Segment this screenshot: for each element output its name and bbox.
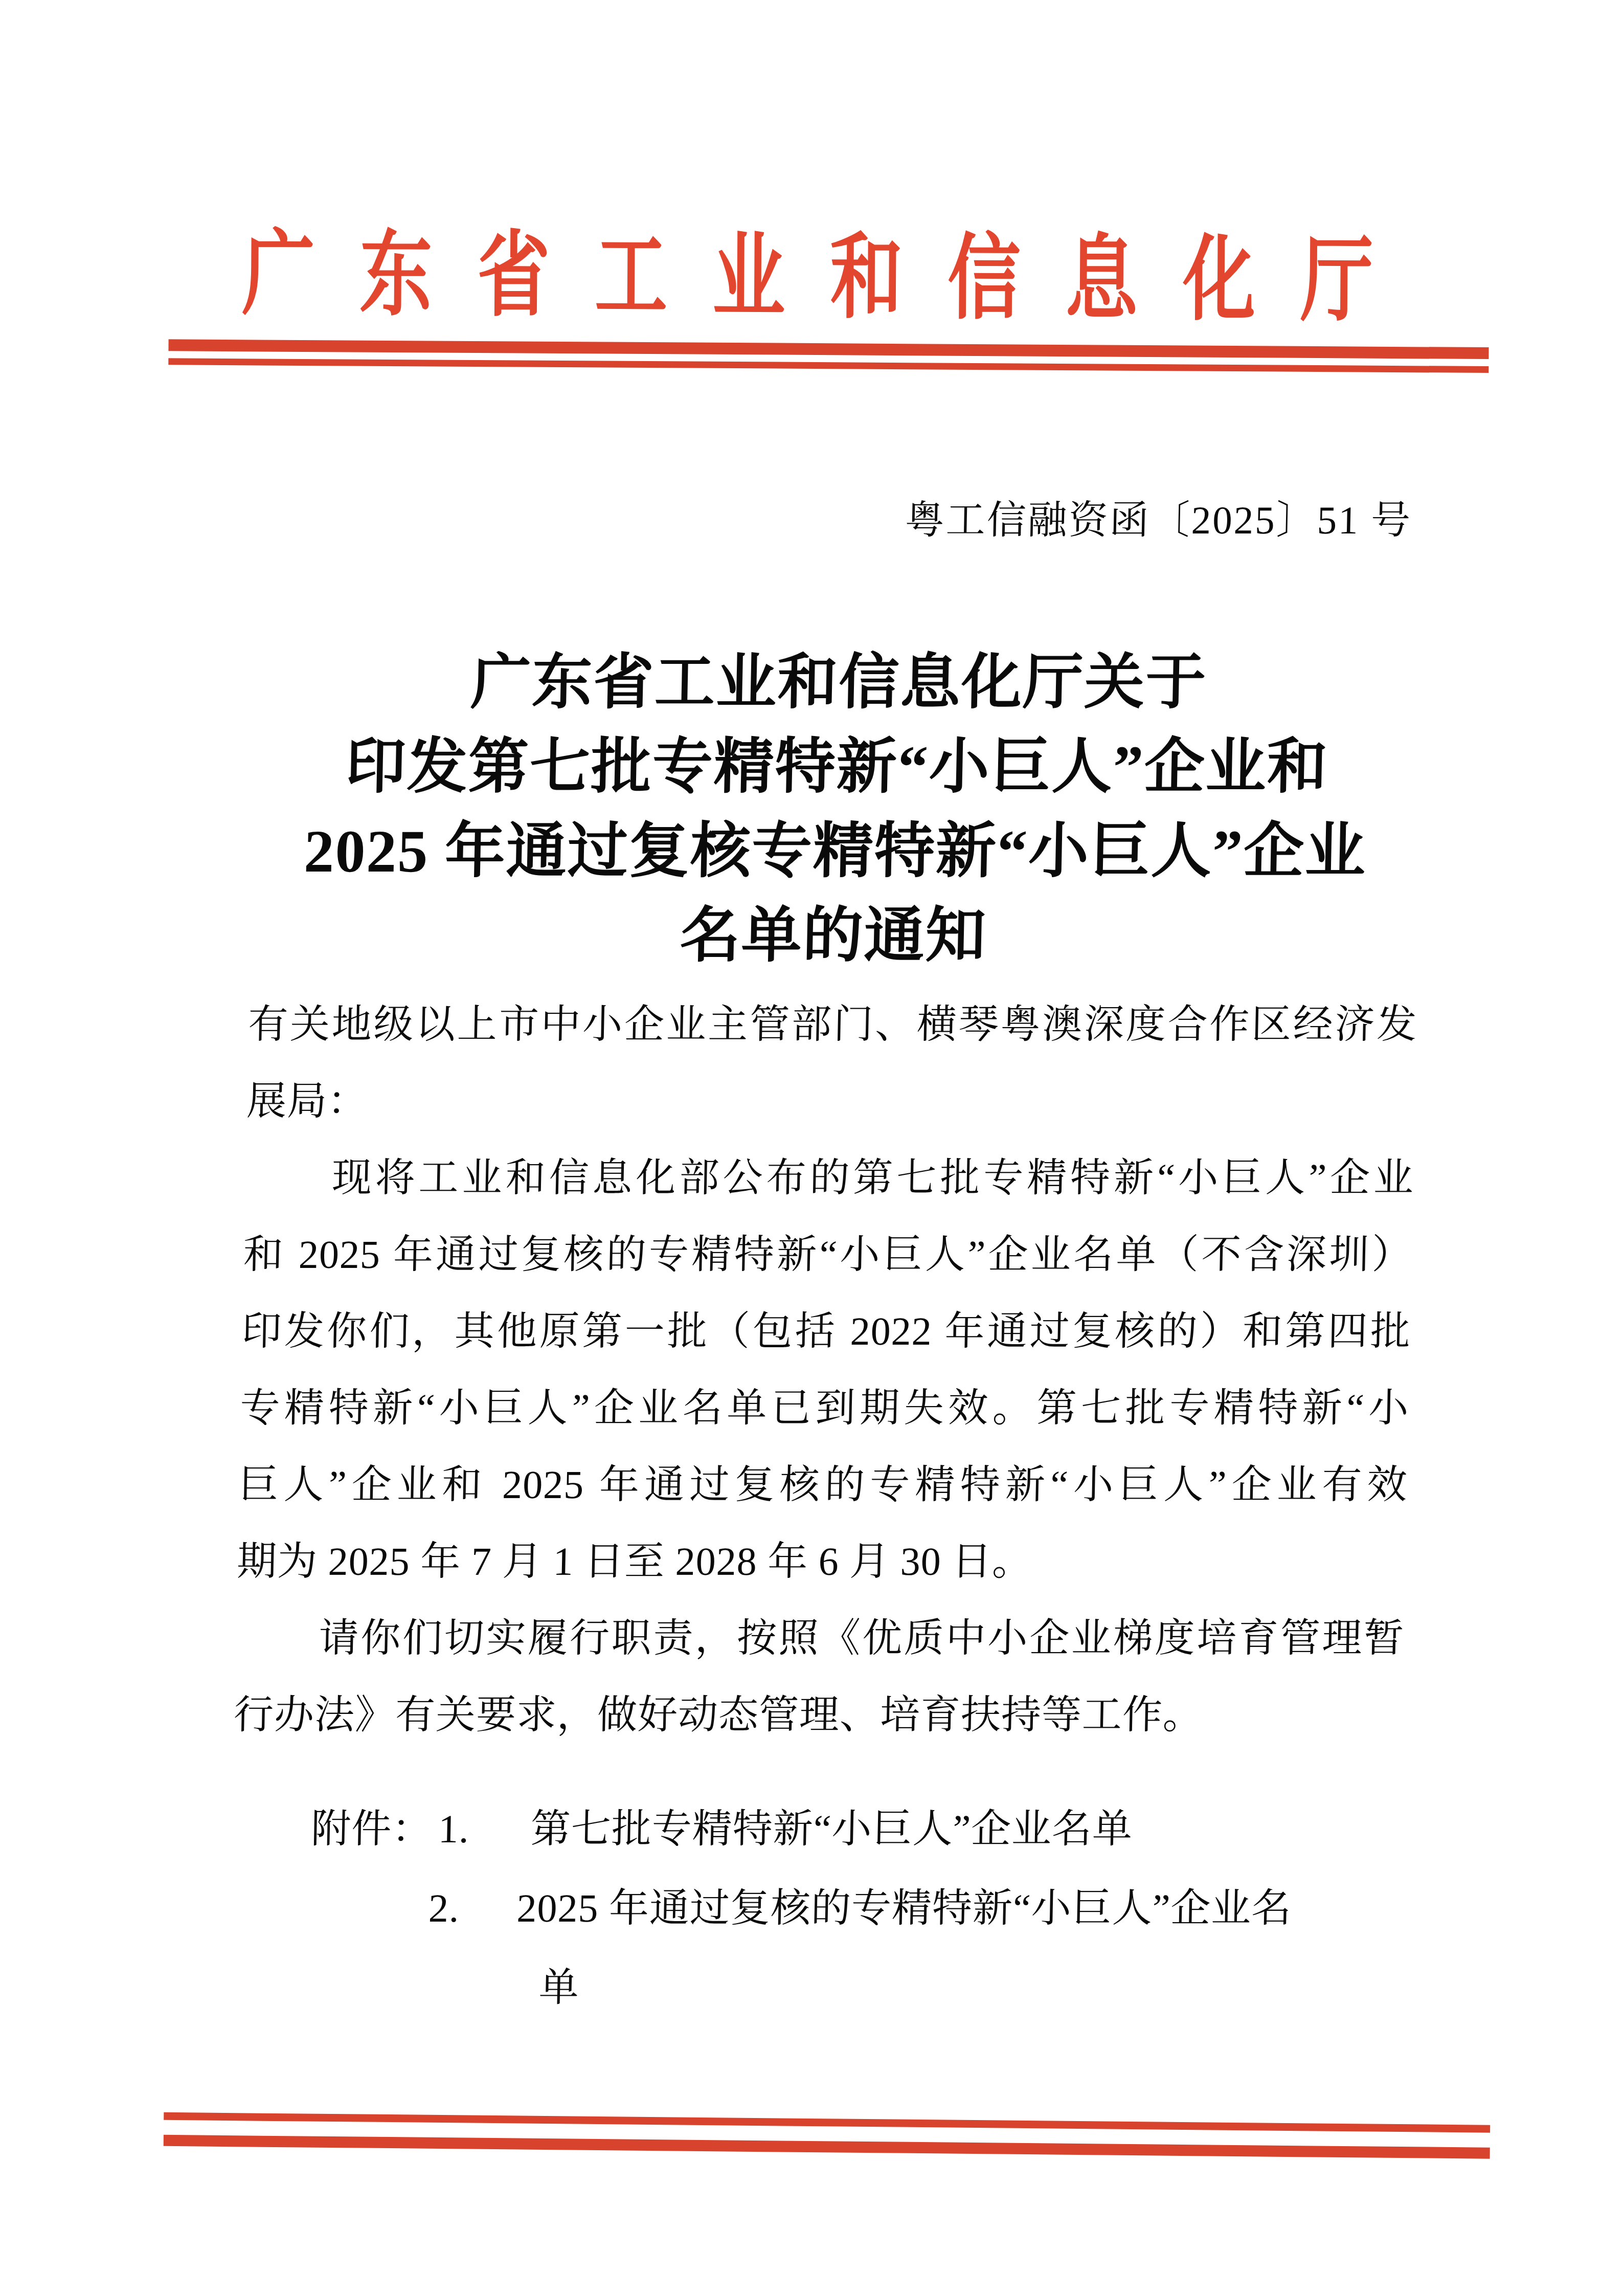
doc-title-line-2: 印发第七批专精特新“小巨人”企业和: [39, 725, 1624, 809]
doc-title-line-3: 2025 年通过复核专精特新“小巨人”企业: [38, 809, 1624, 894]
salutation-line-2: 展局：: [246, 1063, 1416, 1140]
body-line: 和 2025 年通过复核的专精特新“小巨人”企业名单（不含深圳）: [242, 1216, 1413, 1293]
salutation-line-1: 有关地级以上市中小企业主管部门、横琴粤澳深度合作区经济发: [247, 986, 1418, 1063]
attachments-block: 附件：1.第七批专精特新“小巨人”企业名单 2.2025 年通过复核的专精特新“…: [227, 1789, 1401, 2027]
doc-body: 有关地级以上市中小企业主管部门、横琴粤澳深度合作区经济发 展局： 现将工业和信息…: [233, 986, 1417, 1753]
document-content: 粤工信融资函〔2025〕51 号 广东省工业和信息化厅关于 印发第七批专精特新“…: [0, 0, 1624, 2296]
document-page: 广东省工业和信息化厅 粤工信融资函〔2025〕51 号 广东省工业和信息化厅关于…: [0, 0, 1624, 2296]
body-line: 行办法》有关要求，做好动态管理、培育扶持等工作。: [233, 1677, 1403, 1753]
body-line: 期为 2025 年 7 月 1 日至 2028 年 6 月 30 日。: [236, 1523, 1407, 1600]
attachment-item-2-continuation: 单: [227, 1948, 1397, 2027]
attachments-label: 附件：: [310, 1807, 433, 1851]
body-line: 印发你们，其他原第一批（包括 2022 年通过复核的）和第四批: [241, 1293, 1411, 1370]
body-line: 专精特新“小巨人”企业名单已到期失效。第七批专精特新“小: [239, 1370, 1410, 1446]
attachment-1-number: 1.: [438, 1807, 469, 1851]
doc-title: 广东省工业和信息化厅关于 印发第七批专精特新“小巨人”企业和 2025 年通过复…: [36, 640, 1624, 978]
attachment-2-number: 2.: [428, 1886, 460, 1930]
doc-reference-number: 粤工信融资函〔2025〕51 号: [250, 497, 1412, 543]
doc-title-line-1: 广东省工业和信息化厅关于: [41, 640, 1624, 725]
body-line: 请你们切实履行职责，按照《优质中小企业梯度培育管理暂: [235, 1600, 1405, 1677]
attachment-2-text-continued: 单: [538, 1965, 580, 2010]
doc-title-line-4: 名单的通知: [36, 894, 1624, 978]
attachment-2-text: 2025 年通过复核的专精特新“小巨人”企业名: [516, 1886, 1293, 1930]
attachment-item-1: 附件：1.第七批专精特新“小巨人”企业名单: [231, 1789, 1401, 1868]
attachment-item-2: 2.2025 年通过复核的专精特新“小巨人”企业名: [229, 1868, 1400, 1948]
body-line: 现将工业和信息化部公布的第七批专精特新“小巨人”企业: [244, 1140, 1414, 1216]
attachment-1-text: 第七批专精特新“小巨人”企业名单: [530, 1807, 1133, 1851]
body-line: 巨人”企业和 2025 年通过复核的专精特新“小巨人”企业有效: [238, 1446, 1408, 1523]
